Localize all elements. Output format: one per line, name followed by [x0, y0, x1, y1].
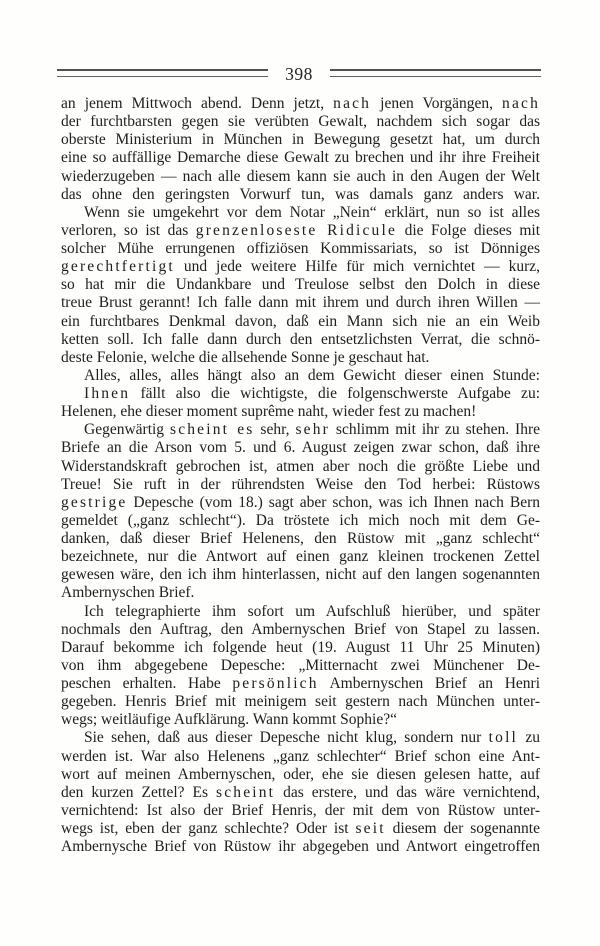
text-segment: fällt also die wichtigste, die folgensch…	[130, 385, 540, 402]
text-segment: die Folge dieses mit	[397, 222, 540, 239]
text-segment: Wenn sie umgekehrt vor dem Notar „Nein“ …	[84, 204, 540, 221]
text-segment: wort auf meinen Ambernyschen, oder, ehe …	[61, 766, 540, 783]
body-text: an jenem Mittwoch abend. Denn jetzt, nac…	[61, 95, 540, 856]
text-line: der furchtbarsten gegen sie verübten Gew…	[61, 113, 540, 131]
text-segment: das ohne den geringsten Vorwurf tun, was…	[61, 186, 540, 203]
text-segment: an jenem Mittwoch abend. Denn jetzt,	[61, 95, 333, 112]
text-segment: Sie sehen, daß aus dieser Depesche nicht…	[84, 729, 489, 746]
text-segment: Gegenwärtig	[84, 421, 170, 438]
text-segment: der furchtbarsten gegen sie verübten Gew…	[61, 113, 540, 130]
text-segment: gemeldet („ganz schlecht“). Da tröstete …	[61, 512, 540, 529]
emphasized-text: gerechtfertigt	[61, 258, 175, 275]
emphasized-text: nach	[333, 95, 371, 112]
text-line: ein furchtbares Denkmal davon, daß ein M…	[61, 313, 540, 331]
text-segment: gegeben. Henris Brief mit meinigem seit …	[61, 693, 540, 710]
text-segment: Ambernysche Brief von Rüstow ihr abgegeb…	[61, 838, 540, 855]
text-line: Darauf bekomme ich folgende heut (19. Au…	[61, 639, 540, 657]
text-segment: von ihm abgegebene Depesche: „Mitternach…	[61, 657, 540, 674]
text-line: Gegenwärtig scheint es sehr, sehr schlim…	[61, 421, 540, 439]
emphasized-text: sehr	[295, 421, 330, 438]
text-segment: vernichtend: Ist also der Brief Henris, …	[61, 802, 540, 819]
paragraph: Wenn sie umgekehrt vor dem Notar „Nein“ …	[61, 204, 540, 367]
paragraph: an jenem Mittwoch abend. Denn jetzt, nac…	[61, 95, 540, 204]
text-segment: Ambernyschen Brief an Henri	[319, 675, 540, 692]
emphasized-text: Ihnen	[84, 385, 130, 402]
text-segment: eine so auffällige Demarche diese Gewalt…	[61, 149, 540, 166]
text-segment: so hat mir die Undankbare und Treulose s…	[61, 276, 540, 293]
header-rule-right	[330, 69, 541, 77]
emphasized-text: persönlich	[232, 675, 318, 692]
text-segment: solcher Mühe errungenen offiziösen Kommi…	[61, 240, 540, 257]
paragraph: Gegenwärtig scheint es sehr, sehr schlim…	[61, 421, 540, 602]
paragraph: Alles, alles, alles hängt also an dem Ge…	[61, 367, 540, 385]
text-line: gestrige Depesche (vom 18.) sagt aber sc…	[61, 494, 540, 512]
text-line: den kurzen Zettel? Es scheint das erster…	[61, 784, 540, 802]
text-line: Briefe an die Arson vom 5. und 6. August…	[61, 439, 540, 457]
text-segment: ein furchtbares Denkmal davon, daß ein M…	[61, 313, 540, 330]
text-line: bezeichnete, nur die Antwort auf einen g…	[61, 548, 540, 566]
emphasized-text: scheint es	[170, 421, 254, 438]
book-page: 398 an jenem Mittwoch abend. Denn jetzt,…	[0, 0, 600, 946]
text-line: Wenn sie umgekehrt vor dem Notar „Nein“ …	[61, 204, 540, 222]
text-segment: das erstere, und das wäre vernichtend,	[275, 784, 540, 801]
text-segment: Depesche (vom 18.) sagt aber schon, was …	[127, 494, 540, 511]
emphasized-text: nach	[502, 95, 540, 112]
text-segment: ketten soll. Ich falle dann durch den en…	[61, 331, 540, 348]
text-line: eine so auffällige Demarche diese Gewalt…	[61, 149, 540, 167]
text-line: Widerstandskraft gebrochen ist, atmen ab…	[61, 458, 540, 476]
text-line: gerechtfertigt und jede weitere Hilfe fü…	[61, 258, 540, 276]
text-segment: Briefe an die Arson vom 5. und 6. August…	[61, 439, 540, 456]
text-line: Ihnen fällt also die wichtigste, die fol…	[61, 385, 540, 403]
text-segment: treue Brust gerannt! Ich falle dann mit …	[61, 294, 540, 311]
text-line: gewesen wäre, den ich ihm hinterlassen, …	[61, 566, 540, 584]
text-line: an jenem Mittwoch abend. Denn jetzt, nac…	[61, 95, 540, 113]
text-line: treue Brust gerannt! Ich falle dann mit …	[61, 294, 540, 312]
text-line: oberste Ministerium in München in Bewegu…	[61, 131, 540, 149]
text-segment: danken, daß dieser Brief Helenens, den R…	[61, 530, 540, 547]
text-segment: zu	[518, 729, 540, 746]
text-line: wiederzugeben — nach alle diesem kann si…	[61, 168, 540, 186]
text-segment: Alles, alles, alles hängt also an dem Ge…	[84, 367, 540, 384]
paragraph: Sie sehen, daß aus dieser Depesche nicht…	[61, 729, 540, 856]
text-line: Alles, alles, alles hängt also an dem Ge…	[61, 367, 540, 385]
emphasized-text: seit	[355, 820, 385, 837]
paragraph: Ich telegraphierte ihm sofort um Aufschl…	[61, 603, 540, 730]
text-segment: Darauf bekomme ich folgende heut (19. Au…	[61, 639, 540, 656]
text-segment: wiederzugeben — nach alle diesem kann si…	[61, 168, 540, 185]
text-segment: und jede weitere Hilfe für mich vernicht…	[175, 258, 540, 275]
text-line: danken, daß dieser Brief Helenens, den R…	[61, 530, 540, 548]
page-number: 398	[285, 65, 313, 83]
text-line: vernichtend: Ist also der Brief Henris, …	[61, 802, 540, 820]
text-segment: wegs; weitläufige Aufklärung. Wann kommt…	[61, 711, 397, 728]
emphasized-text: grenzenloseste Ridicule	[196, 222, 397, 239]
text-line: verloren, so ist das grenzenloseste Ridi…	[61, 222, 540, 240]
text-line: Sie sehen, daß aus dieser Depesche nicht…	[61, 729, 540, 747]
text-segment: diesem der sogenannte	[386, 820, 540, 837]
text-segment: wegs ist, eben der ganz schlechte? Oder …	[61, 820, 355, 837]
text-segment: Helenen, ehe dieser moment suprême naht,…	[61, 403, 476, 420]
text-segment: nochmals den Auftrag, den Ambernyschen B…	[61, 621, 540, 638]
text-line: Ambernysche Brief von Rüstow ihr abgegeb…	[61, 838, 540, 856]
text-segment: Treue! Sie ruft in der rührendsten Weise…	[61, 476, 540, 493]
text-line: Treue! Sie ruft in der rührendsten Weise…	[61, 476, 540, 494]
text-segment: werden ist. War also Helenens „ganz schl…	[61, 748, 540, 765]
text-line: wegs ist, eben der ganz schlechte? Oder …	[61, 820, 540, 838]
text-line: Ich telegraphierte ihm sofort um Aufschl…	[61, 603, 540, 621]
text-line: deste Felonie, welche die allsehende Son…	[61, 349, 540, 367]
text-line: wegs; weitläufige Aufklärung. Wann kommt…	[61, 711, 540, 729]
text-line: gemeldet („ganz schlecht“). Da tröstete …	[61, 512, 540, 530]
text-line: gegeben. Henris Brief mit meinigem seit …	[61, 693, 540, 711]
text-segment: jenen Vorgängen,	[371, 95, 502, 112]
text-line: Ambernyschen Brief.	[61, 584, 540, 602]
text-segment: gewesen wäre, den ich ihm hinterlassen, …	[61, 566, 540, 583]
emphasized-text: gestrige	[61, 494, 127, 511]
text-line: von ihm abgegebene Depesche: „Mitternach…	[61, 657, 540, 675]
text-line: nochmals den Auftrag, den Ambernyschen B…	[61, 621, 540, 639]
text-line: so hat mir die Undankbare und Treulose s…	[61, 276, 540, 294]
text-segment: Widerstandskraft gebrochen ist, atmen ab…	[61, 458, 540, 475]
paragraph: Ihnen fällt also die wichtigste, die fol…	[61, 385, 540, 421]
text-segment: oberste Ministerium in München in Bewegu…	[61, 131, 540, 148]
text-segment: bezeichnete, nur die Antwort auf einen g…	[61, 548, 540, 565]
text-line: ketten soll. Ich falle dann durch den en…	[61, 331, 540, 349]
emphasized-text: toll	[489, 729, 518, 746]
text-segment: schlimm mit ihr zu stehen. Ihre	[330, 421, 540, 438]
text-segment: Ambernyschen Brief.	[61, 584, 194, 601]
emphasized-text: scheint	[216, 784, 275, 801]
text-line: wort auf meinen Ambernyschen, oder, ehe …	[61, 766, 540, 784]
text-segment: deste Felonie, welche die allsehende Son…	[61, 349, 429, 366]
text-line: das ohne den geringsten Vorwurf tun, was…	[61, 186, 540, 204]
header-rule-left	[57, 69, 268, 77]
text-segment: verloren, so ist das	[61, 222, 196, 239]
text-line: solcher Mühe errungenen offiziösen Kommi…	[61, 240, 540, 258]
text-line: werden ist. War also Helenens „ganz schl…	[61, 748, 540, 766]
text-segment: Ich telegraphierte ihm sofort um Aufschl…	[84, 603, 540, 620]
text-line: peschen erhalten. Habe persönlich Ambern…	[61, 675, 540, 693]
text-line: Helenen, ehe dieser moment suprême naht,…	[61, 403, 540, 421]
text-segment: sehr,	[254, 421, 295, 438]
text-segment: den kurzen Zettel? Es	[61, 784, 216, 801]
page-header: 398	[57, 62, 541, 84]
text-segment: peschen erhalten. Habe	[61, 675, 232, 692]
